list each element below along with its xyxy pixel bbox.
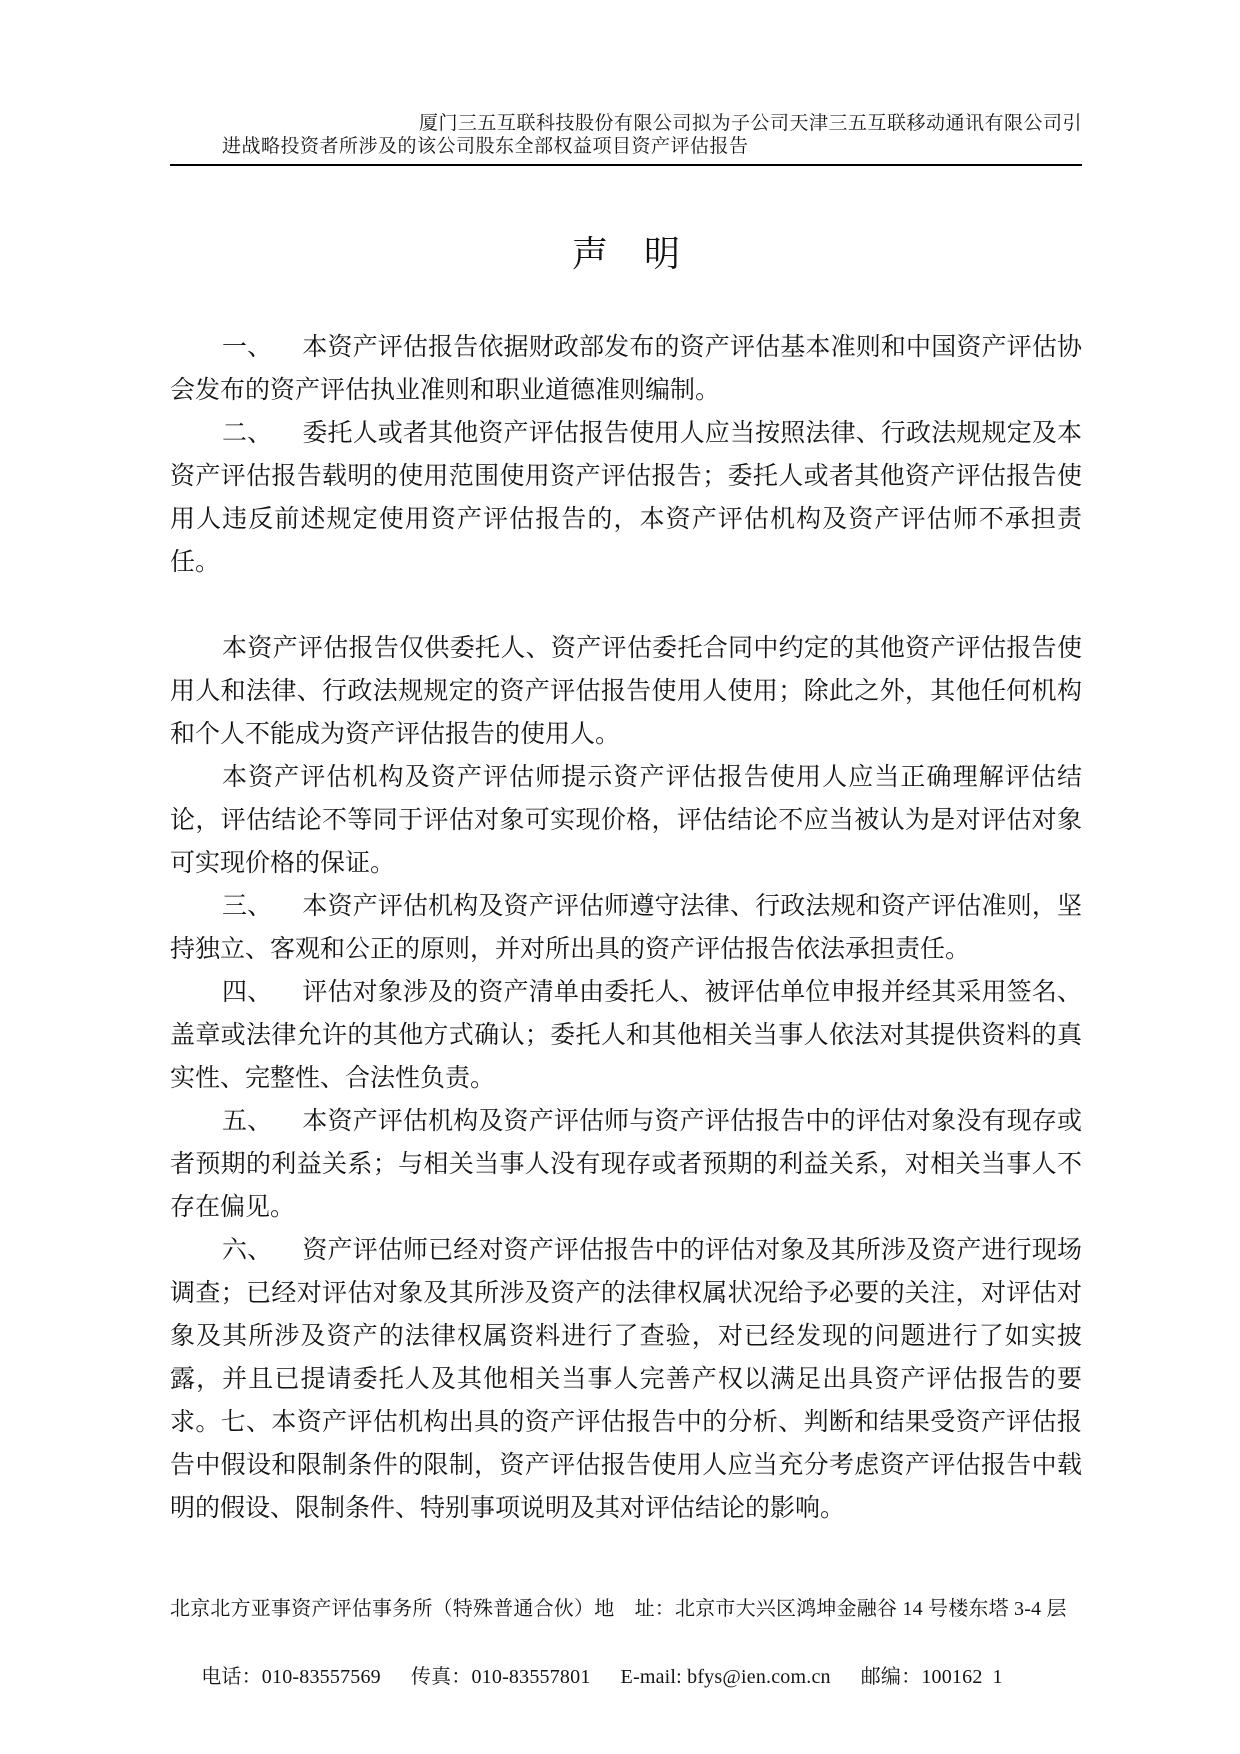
footer-phone: 电话：010-83557569 — [201, 1666, 381, 1688]
page-header-line-2: 进战略投资者所涉及的该公司股东全部权益项目资产评估报告 — [170, 135, 1082, 158]
paragraph-text: 委托人或者其他资产评估报告使用人应当按照法律、行政法规规定及本资产评估报告载明的… — [170, 420, 1082, 576]
paragraph-number: 三、 — [222, 893, 272, 920]
paragraph-text: 资产评估师已经对资产评估报告中的评估对象及其所涉及资产进行现场调查；已经对评估对… — [170, 1237, 1082, 1522]
page-number: 1 — [993, 1666, 1003, 1688]
paragraph-number: 二、 — [222, 420, 272, 447]
report-page: 厦门三五互联科技股份有限公司拟为子公司天津三五互联移动通讯有限公司引 进战略投资… — [0, 0, 1240, 1754]
declaration-paragraph-5: 三、本资产评估机构及资产评估师遵守法律、行政法规和资产评估准则，坚持独立、客观和… — [170, 885, 1082, 971]
footer-contact-line: 电话：010-83557569传真：010-83557801E-mail: bf… — [170, 1626, 1082, 1728]
declaration-body: 一、本资产评估报告依据财政部发布的资产评估基本准则和中国资产评估协会发布的资产评… — [170, 326, 1082, 1530]
paragraph-text: 评估对象涉及的资产清单由委托人、被评估单位申报并经其采用签名、盖章或法律允许的其… — [170, 979, 1082, 1092]
footer-fax: 传真：010-83557801 — [411, 1666, 591, 1688]
footer-address-line: 北京北方亚事资产评估事务所（特殊普通合伙）地 址：北京市大兴区鸿坤金融谷 14 … — [170, 1592, 1082, 1626]
header-rule — [170, 164, 1082, 166]
page-header-line-1: 厦门三五互联科技股份有限公司拟为子公司天津三五互联移动通讯有限公司引 — [170, 112, 1082, 135]
paragraph-text: 本资产评估机构及资产评估师与资产评估报告中的评估对象没有现存或者预期的利益关系；… — [170, 1108, 1082, 1221]
footer-email: E-mail: bfys@ien.com.cn — [621, 1666, 831, 1688]
declaration-paragraph-8: 六、资产评估师已经对资产评估报告中的评估对象及其所涉及资产进行现场调查；已经对评… — [170, 1229, 1082, 1530]
paragraph-text: 本资产评估机构及资产评估师提示资产评估报告使用人应当正确理解评估结论，评估结论不… — [170, 764, 1082, 877]
blank-line-spacer — [170, 584, 1082, 627]
footer-postcode: 邮编：100162 — [861, 1666, 983, 1688]
declaration-paragraph-1: 一、本资产评估报告依据财政部发布的资产评估基本准则和中国资产评估协会发布的资产评… — [170, 326, 1082, 412]
paragraph-number: 六、 — [222, 1237, 272, 1264]
declaration-paragraph-6: 四、评估对象涉及的资产清单由委托人、被评估单位申报并经其采用签名、盖章或法律允许… — [170, 971, 1082, 1100]
declaration-paragraph-4: 本资产评估机构及资产评估师提示资产评估报告使用人应当正确理解评估结论，评估结论不… — [170, 756, 1082, 885]
declaration-paragraph-2: 二、委托人或者其他资产评估报告使用人应当按照法律、行政法规规定及本资产评估报告载… — [170, 412, 1082, 584]
declaration-paragraph-3: 本资产评估报告仅供委托人、资产评估委托合同中约定的其他资产评估报告使用人和法律、… — [170, 627, 1082, 756]
declaration-paragraph-7: 五、本资产评估机构及资产评估师与资产评估报告中的评估对象没有现存或者预期的利益关… — [170, 1100, 1082, 1229]
paragraph-number: 一、 — [222, 334, 272, 361]
paragraph-number: 五、 — [222, 1108, 272, 1135]
paragraph-number: 四、 — [222, 979, 272, 1006]
paragraph-text: 本资产评估报告仅供委托人、资产评估委托合同中约定的其他资产评估报告使用人和法律、… — [170, 635, 1082, 748]
paragraph-text: 本资产评估机构及资产评估师遵守法律、行政法规和资产评估准则，坚持独立、客观和公正… — [170, 893, 1082, 963]
page-title: 声 明 — [170, 232, 1082, 276]
paragraph-text: 本资产评估报告依据财政部发布的资产评估基本准则和中国资产评估协会发布的资产评估执… — [170, 334, 1082, 404]
page-footer: 北京北方亚事资产评估事务所（特殊普通合伙）地 址：北京市大兴区鸿坤金融谷 14 … — [170, 1592, 1082, 1728]
